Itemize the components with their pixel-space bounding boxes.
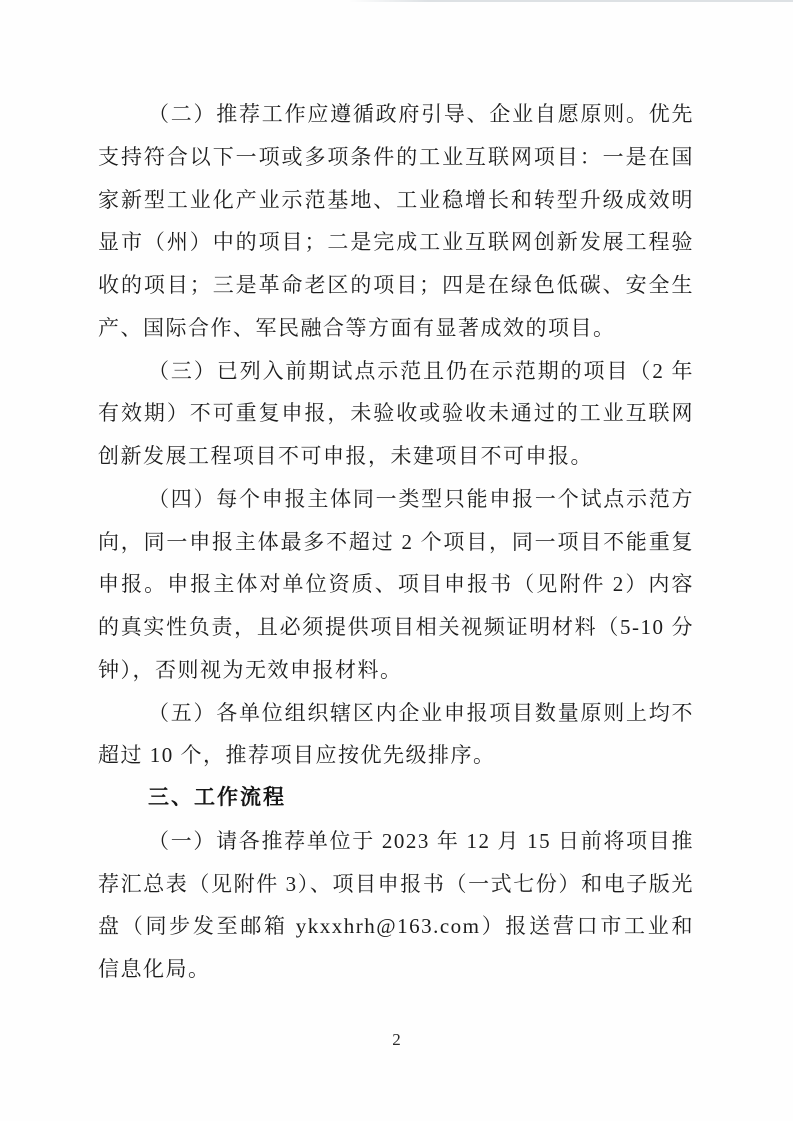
scan-artifact-line <box>348 0 793 2</box>
paragraph-submission-instructions: （一）请各推荐单位于 2023 年 12 月 15 日前将项目推荐汇总表（见附件… <box>98 820 694 991</box>
paragraph-repeat-application-rules: （三）已列入前期试点示范且仍在示范期的项目（2 年有效期）不可重复申报，未验收或… <box>98 350 694 478</box>
paragraph-application-limits: （四）每个申报主体同一类型只能申报一个试点示范方向，同一申报主体最多不超过 2 … <box>98 478 694 692</box>
document-page: （二）推荐工作应遵循政府引导、企业自愿原则。优先支持符合以下一项或多项条件的工业… <box>0 0 793 1121</box>
paragraph-quantity-limit: （五）各单位组织辖区内企业申报项目数量原则上均不超过 10 个，推荐项目应按优先… <box>98 692 694 778</box>
document-body: （二）推荐工作应遵循政府引导、企业自愿原则。优先支持符合以下一项或多项条件的工业… <box>98 93 694 991</box>
paragraph-recommendation-principles: （二）推荐工作应遵循政府引导、企业自愿原则。优先支持符合以下一项或多项条件的工业… <box>98 93 694 350</box>
page-number: 2 <box>0 1028 793 1052</box>
section-heading-work-process: 三、工作流程 <box>98 777 694 820</box>
